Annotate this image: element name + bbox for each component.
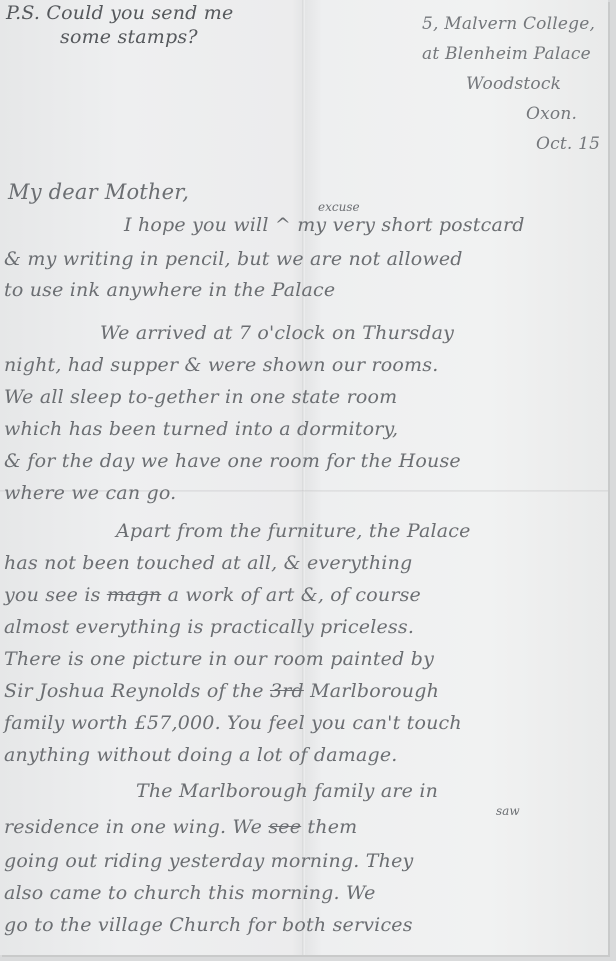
letter-line: where we can go.: [4, 482, 176, 504]
letter-line: residence in one wing. We see them: [4, 816, 357, 838]
letter-line: & for the day we have one room for the H…: [4, 450, 461, 472]
struck-word: 3rd: [270, 680, 304, 702]
letter-line: There is one picture in our room painted…: [4, 648, 434, 670]
insertion-excuse: excuse: [318, 200, 360, 214]
struck-word: magn: [107, 584, 162, 606]
letter-line: has not been touched at all, & everythin…: [4, 552, 412, 574]
letter-line: The Marlborough family are in: [136, 780, 438, 802]
address-line-3: Woodstock: [466, 74, 561, 94]
letter-line: going out riding yesterday morning. They: [4, 850, 413, 872]
salutation: My dear Mother,: [8, 180, 189, 204]
letter-line: night, had supper & were shown our rooms…: [4, 354, 438, 376]
letter-line: Sir Joshua Reynolds of the 3rd Marlborou…: [4, 680, 439, 702]
correction-saw: saw: [496, 804, 520, 818]
letter-line: We all sleep to-gether in one state room: [4, 386, 397, 408]
letter-line: you see is magn a work of art &, of cour…: [4, 584, 421, 606]
letter-line: also came to church this morning. We: [4, 882, 376, 904]
paper-fold-vertical: [302, 0, 305, 955]
letter-line: family worth £57,000. You feel you can't…: [4, 712, 462, 734]
letter-line: which has been turned into a dormitory,: [4, 418, 398, 440]
postscript-line-1: P.S. Could you send me: [6, 2, 233, 24]
letter-line: I hope you will ^ my very short postcard: [124, 214, 525, 236]
letter-line: go to the village Church for both servic…: [4, 914, 413, 936]
letter-line: anything without doing a lot of damage.: [4, 744, 398, 766]
address-line-4: Oxon.: [526, 104, 577, 124]
letter-line: almost everything is practically pricele…: [4, 616, 414, 638]
letter-paper: P.S. Could you send me some stamps? 5, M…: [0, 0, 608, 955]
struck-word: see: [268, 816, 301, 838]
postscript-line-2: some stamps?: [60, 26, 198, 48]
letter-line: to use ink anywhere in the Palace: [4, 279, 335, 301]
letter-line: Apart from the furniture, the Palace: [116, 520, 471, 542]
letter-date: Oct. 15: [536, 134, 600, 154]
letter-line: We arrived at 7 o'clock on Thursday: [100, 322, 454, 344]
letter-line: & my writing in pencil, but we are not a…: [4, 248, 463, 270]
address-line-2: at Blenheim Palace: [422, 44, 591, 64]
address-line-1: 5, Malvern College,: [422, 14, 595, 34]
